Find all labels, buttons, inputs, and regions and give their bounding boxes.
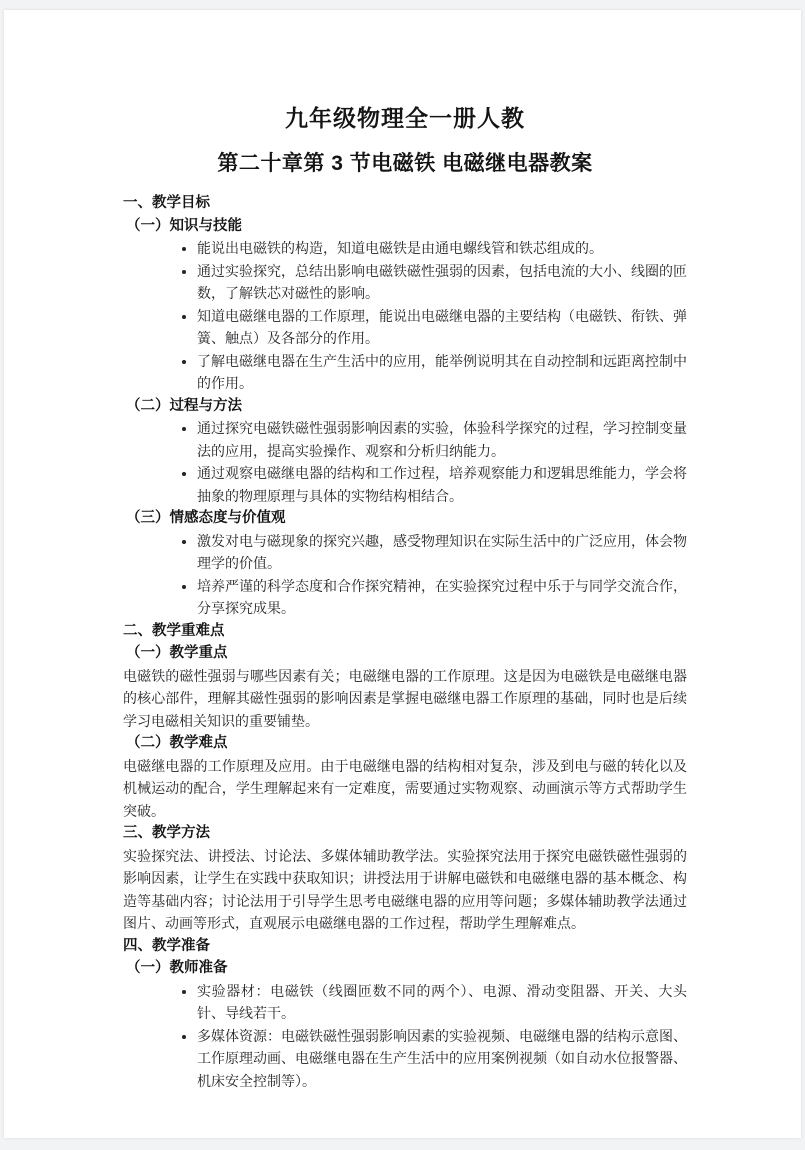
document-canvas: 九年级物理全一册人教 第二十章第 3 节电磁铁 电磁继电器教案 一、教学目标 （… bbox=[0, 0, 805, 1150]
paragraph-teaching-methods: 实验探究法、讲授法、讨论法、多媒体辅助教学法。实验探究法用于探究电磁铁磁性强弱的… bbox=[123, 845, 687, 935]
subsection-heading-process-methods: （二）过程与方法 bbox=[123, 395, 687, 418]
bullet-list-teacher-preparation: 实验器材：电磁铁（线圈匝数不同的两个）、电源、滑动变阻器、开关、大头针、导线若干… bbox=[123, 980, 687, 1093]
bullet-list-knowledge-skills: 能说出电磁铁的构造，知道电磁铁是由通电螺线管和铁芯组成的。 通过实验探究，总结出… bbox=[123, 237, 687, 395]
document-title: 九年级物理全一册人教 bbox=[123, 102, 687, 134]
bullet-item: 多媒体资源：电磁铁磁性强弱影响因素的实验视频、电磁继电器的结构示意图、工作原理动… bbox=[197, 1025, 687, 1093]
subsection-heading-key-points: （一）教学重点 bbox=[123, 642, 687, 665]
bullet-item: 能说出电磁铁的构造，知道电磁铁是由通电螺线管和铁芯组成的。 bbox=[197, 237, 687, 260]
bullet-list-process-methods: 通过探究电磁铁磁性强弱影响因素的实验，体验科学探究的过程，学习控制变量法的应用，… bbox=[123, 417, 687, 507]
bullet-item: 通过实验探究，总结出影响电磁铁磁性强弱的因素，包括电流的大小、线圈的匝数，了解铁… bbox=[197, 260, 687, 305]
paragraph-key-points: 电磁铁的磁性强弱与哪些因素有关；电磁继电器的工作原理。这是因为电磁铁是电磁继电器… bbox=[123, 665, 687, 733]
bullet-item: 知道电磁继电器的工作原理，能说出电磁继电器的主要结构（电磁铁、衔铁、弹簧、触点）… bbox=[197, 305, 687, 350]
bullet-list-attitude-values: 激发对电与磁现象的探究兴趣，感受物理知识在实际生活中的广泛应用，体会物理学的价值… bbox=[123, 530, 687, 620]
bullet-item: 了解电磁继电器在生产生活中的应用，能举例说明其在自动控制和远距离控制中的作用。 bbox=[197, 350, 687, 395]
bullet-item: 实验器材：电磁铁（线圈匝数不同的两个）、电源、滑动变阻器、开关、大头针、导线若干… bbox=[197, 980, 687, 1025]
bullet-item: 激发对电与磁现象的探究兴趣，感受物理知识在实际生活中的广泛应用，体会物理学的价值… bbox=[197, 530, 687, 575]
section-heading-teaching-preparation: 四、教学准备 bbox=[123, 935, 687, 958]
section-heading-teaching-goals: 一、教学目标 bbox=[123, 192, 687, 215]
document-page: 九年级物理全一册人教 第二十章第 3 节电磁铁 电磁继电器教案 一、教学目标 （… bbox=[4, 10, 801, 1138]
subsection-heading-attitude-values: （三）情感态度与价值观 bbox=[123, 507, 687, 530]
section-heading-key-difficulties: 二、教学重难点 bbox=[123, 620, 687, 643]
paragraph-difficult-points: 电磁继电器的工作原理及应用。由于电磁继电器的结构相对复杂，涉及到电与磁的转化以及… bbox=[123, 755, 687, 823]
bullet-item: 培养严谨的科学态度和合作探究精神，在实验探究过程中乐于与同学交流合作，分享探究成… bbox=[197, 575, 687, 620]
subsection-heading-teacher-preparation: （一）教师准备 bbox=[123, 957, 687, 980]
subsection-heading-knowledge-skills: （一）知识与技能 bbox=[123, 215, 687, 238]
document-subtitle: 第二十章第 3 节电磁铁 电磁继电器教案 bbox=[123, 149, 687, 179]
subsection-heading-difficult-points: （二）教学难点 bbox=[123, 732, 687, 755]
bullet-item: 通过观察电磁继电器的结构和工作过程，培养观察能力和逻辑思维能力，学会将抽象的物理… bbox=[197, 462, 687, 507]
bullet-item: 通过探究电磁铁磁性强弱影响因素的实验，体验科学探究的过程，学习控制变量法的应用，… bbox=[197, 417, 687, 462]
section-heading-teaching-methods: 三、教学方法 bbox=[123, 822, 687, 845]
